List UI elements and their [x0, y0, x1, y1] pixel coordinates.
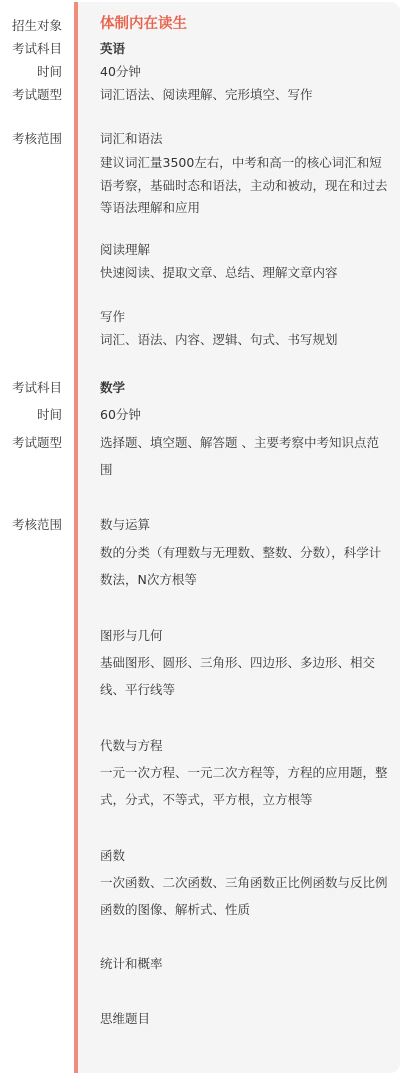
math-scope-label: 考核范围 [0, 516, 62, 534]
math-scope-heading: 图形与几何 [100, 627, 390, 645]
english-type-label: 考试题型 [0, 86, 62, 104]
math-subject-value: 数学 [100, 379, 390, 397]
math-subject-label: 考试科目 [0, 379, 62, 397]
math-type-label: 考试题型 [0, 434, 62, 452]
math-scope-body: 一次函数、二次函数、三角函数正比例函数与反比例函数的图像、解析式、性质 [100, 869, 390, 923]
math-scope-heading: 统计和概率 [100, 955, 390, 973]
math-scope-body: 基础图形、圆形、三角形、四边形、多边形、相交线、平行线等 [100, 649, 390, 703]
english-type-value: 词汇语法、阅读理解、完形填空、写作 [100, 86, 390, 104]
math-scope-body: 一元一次方程、一元二次方程等，方程的应用题，整式，分式，不等式，平方根，立方根等 [100, 759, 390, 813]
english-scope-body: 词汇、语法、内容、逻辑、句式、书写规划 [100, 331, 390, 349]
math-time-label: 时间 [0, 406, 62, 424]
math-type-value: 选择题、填空题、解答题 、主要考察中考知识点范围 [100, 429, 390, 483]
math-scope-body: 数的分类（有理数与无理数、整数、分数），科学计数法，N次方根等 [100, 539, 390, 593]
math-scope-heading: 代数与方程 [100, 737, 390, 755]
english-scope-heading: 阅读理解 [100, 241, 390, 259]
target-label: 招生对象 [0, 17, 62, 35]
math-scope-heading: 函数 [100, 847, 390, 865]
english-scope-label: 考核范围 [0, 130, 62, 148]
math-scope-heading: 数与运算 [100, 516, 390, 534]
math-scope-heading: 思维题目 [100, 1010, 390, 1028]
english-time-value: 40分钟 [100, 63, 390, 81]
english-subject-label: 考试科目 [0, 40, 62, 58]
english-time-label: 时间 [0, 63, 62, 81]
english-scope-heading: 写作 [100, 308, 390, 326]
english-scope-heading: 词汇和语法 [100, 130, 390, 148]
english-scope-body: 快速阅读、提取文章、总结、理解文章内容 [100, 264, 390, 282]
english-scope-body: 建议词汇量3500左右，中考和高一的核心词汇和短语考察，基础时态和语法，主动和被… [100, 152, 390, 220]
math-time-value: 60分钟 [100, 406, 390, 424]
target-value: 体制内在读生 [100, 15, 390, 33]
english-subject-value: 英语 [100, 40, 390, 58]
